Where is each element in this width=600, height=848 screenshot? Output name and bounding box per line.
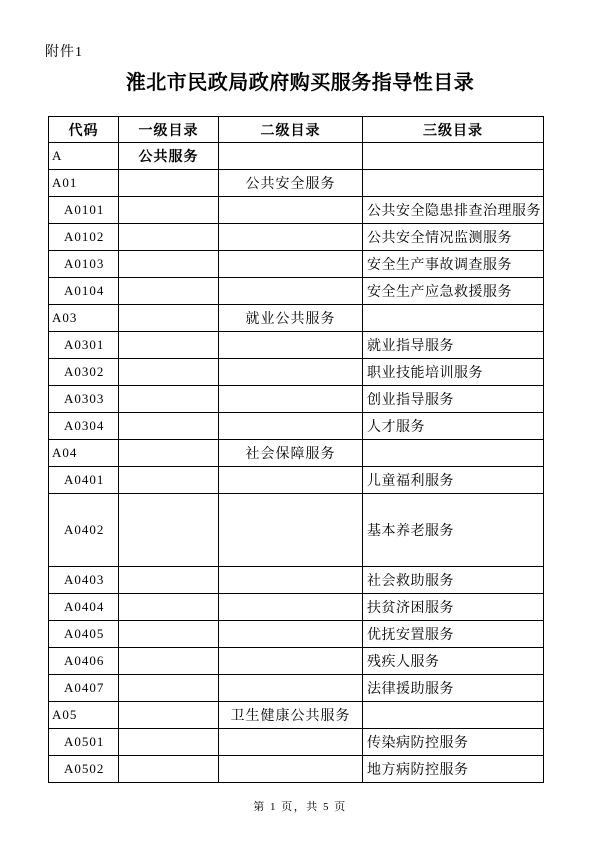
level1-cell	[119, 675, 219, 702]
table-row: A0401 儿童福利服务	[49, 467, 544, 494]
code-cell: A0103	[49, 251, 119, 278]
code-cell: A0304	[49, 413, 119, 440]
table-row: A0405 优抚安置服务	[49, 621, 544, 648]
level3-cell: 职业技能培训服务	[363, 359, 544, 386]
table-row: A0303 创业指导服务	[49, 386, 544, 413]
level2-cell	[219, 143, 363, 170]
level1-cell	[119, 170, 219, 197]
table-row: A03 就业公共服务	[49, 305, 544, 332]
code-cell: A0407	[49, 675, 119, 702]
level1-cell: 公共服务	[119, 143, 219, 170]
level3-cell: 公共安全隐患排查治理服务	[363, 197, 544, 224]
level2-cell	[219, 675, 363, 702]
level3-cell: 法律援助服务	[363, 675, 544, 702]
header-row: 代码 一级目录 二级目录 三级目录	[49, 117, 544, 143]
level1-cell	[119, 702, 219, 729]
level2-cell	[219, 648, 363, 675]
code-cell: A05	[49, 702, 119, 729]
level2-cell	[219, 197, 363, 224]
table-row: A0104 安全生产应急救援服务	[49, 278, 544, 305]
table-header: 代码 一级目录 二级目录 三级目录	[49, 117, 544, 143]
level3-cell: 传染病防控服务	[363, 729, 544, 756]
level2-cell	[219, 467, 363, 494]
level1-cell	[119, 729, 219, 756]
level2-cell	[219, 567, 363, 594]
table-body: A 公共服务 A01 公共安全服务 A0101 公共安全隐患排查治理服务 A01…	[49, 143, 544, 783]
code-cell: A0104	[49, 278, 119, 305]
column-header-level3: 三级目录	[363, 117, 544, 143]
level1-cell	[119, 224, 219, 251]
attachment-label: 附件1	[45, 41, 83, 61]
table-row: A0407 法律援助服务	[49, 675, 544, 702]
code-cell: A0302	[49, 359, 119, 386]
code-cell: A	[49, 143, 119, 170]
level1-cell	[119, 594, 219, 621]
table-row: A0101 公共安全隐患排查治理服务	[49, 197, 544, 224]
catalog-table: 代码 一级目录 二级目录 三级目录 A 公共服务 A01 公共安全服务 A010…	[48, 116, 544, 783]
table-row: A0301 就业指导服务	[49, 332, 544, 359]
level2-cell	[219, 413, 363, 440]
level2-cell: 卫生健康公共服务	[219, 702, 363, 729]
table-row: A 公共服务	[49, 143, 544, 170]
level3-cell: 扶贫济困服务	[363, 594, 544, 621]
column-header-level1: 一级目录	[119, 117, 219, 143]
level2-cell	[219, 386, 363, 413]
table-row: A0403 社会救助服务	[49, 567, 544, 594]
code-cell: A0101	[49, 197, 119, 224]
level3-cell: 残疾人服务	[363, 648, 544, 675]
level1-cell	[119, 467, 219, 494]
level2-cell	[219, 251, 363, 278]
level3-cell	[363, 170, 544, 197]
page-title: 淮北市民政局政府购买服务指导性目录	[0, 66, 600, 95]
level3-cell	[363, 143, 544, 170]
level2-cell	[219, 494, 363, 567]
level3-cell: 儿童福利服务	[363, 467, 544, 494]
level2-cell	[219, 756, 363, 783]
level2-cell	[219, 621, 363, 648]
level1-cell	[119, 494, 219, 567]
level2-cell	[219, 224, 363, 251]
code-cell: A0301	[49, 332, 119, 359]
code-cell: A03	[49, 305, 119, 332]
level1-cell	[119, 648, 219, 675]
table-row: A0302 职业技能培训服务	[49, 359, 544, 386]
table-row: A01 公共安全服务	[49, 170, 544, 197]
level3-cell: 基本养老服务	[363, 494, 544, 567]
level1-cell	[119, 621, 219, 648]
code-cell: A0401	[49, 467, 119, 494]
level3-cell: 公共安全情况监测服务	[363, 224, 544, 251]
level1-cell	[119, 413, 219, 440]
level3-cell: 地方病防控服务	[363, 756, 544, 783]
document-page: 附件1 淮北市民政局政府购买服务指导性目录 代码 一级目录 二级目录 三级目录 …	[0, 0, 600, 848]
level1-cell	[119, 359, 219, 386]
code-cell: A0501	[49, 729, 119, 756]
level2-cell	[219, 594, 363, 621]
table-row: A0502 地方病防控服务	[49, 756, 544, 783]
table-row: A05 卫生健康公共服务	[49, 702, 544, 729]
level3-cell: 安全生产应急救援服务	[363, 278, 544, 305]
code-cell: A0402	[49, 494, 119, 567]
code-cell: A0303	[49, 386, 119, 413]
level1-cell	[119, 440, 219, 467]
table-row: A04 社会保障服务	[49, 440, 544, 467]
level2-cell: 就业公共服务	[219, 305, 363, 332]
level3-cell: 人才服务	[363, 413, 544, 440]
page-footer: 第 1 页，共 5 页	[0, 798, 600, 814]
level1-cell	[119, 386, 219, 413]
level3-cell	[363, 702, 544, 729]
level1-cell	[119, 756, 219, 783]
table-row: A0501 传染病防控服务	[49, 729, 544, 756]
table-row: A0102 公共安全情况监测服务	[49, 224, 544, 251]
level2-cell: 公共安全服务	[219, 170, 363, 197]
table-row: A0402 基本养老服务	[49, 494, 544, 567]
level3-cell	[363, 305, 544, 332]
level1-cell	[119, 332, 219, 359]
level2-cell	[219, 359, 363, 386]
level3-cell	[363, 440, 544, 467]
level3-cell: 就业指导服务	[363, 332, 544, 359]
table-row: A0404 扶贫济困服务	[49, 594, 544, 621]
code-cell: A04	[49, 440, 119, 467]
level1-cell	[119, 197, 219, 224]
level2-cell: 社会保障服务	[219, 440, 363, 467]
level1-cell	[119, 278, 219, 305]
table-row: A0406 残疾人服务	[49, 648, 544, 675]
code-cell: A0502	[49, 756, 119, 783]
code-cell: A0102	[49, 224, 119, 251]
level1-cell	[119, 305, 219, 332]
code-cell: A0406	[49, 648, 119, 675]
level3-cell: 安全生产事故调查服务	[363, 251, 544, 278]
code-cell: A0405	[49, 621, 119, 648]
level2-cell	[219, 729, 363, 756]
level2-cell	[219, 278, 363, 305]
column-header-code: 代码	[49, 117, 119, 143]
level1-cell	[119, 567, 219, 594]
level2-cell	[219, 332, 363, 359]
table-row: A0103 安全生产事故调查服务	[49, 251, 544, 278]
code-cell: A0404	[49, 594, 119, 621]
level1-cell	[119, 251, 219, 278]
code-cell: A0403	[49, 567, 119, 594]
level3-cell: 社会救助服务	[363, 567, 544, 594]
level3-cell: 创业指导服务	[363, 386, 544, 413]
code-cell: A01	[49, 170, 119, 197]
table-row: A0304 人才服务	[49, 413, 544, 440]
column-header-level2: 二级目录	[219, 117, 363, 143]
level3-cell: 优抚安置服务	[363, 621, 544, 648]
